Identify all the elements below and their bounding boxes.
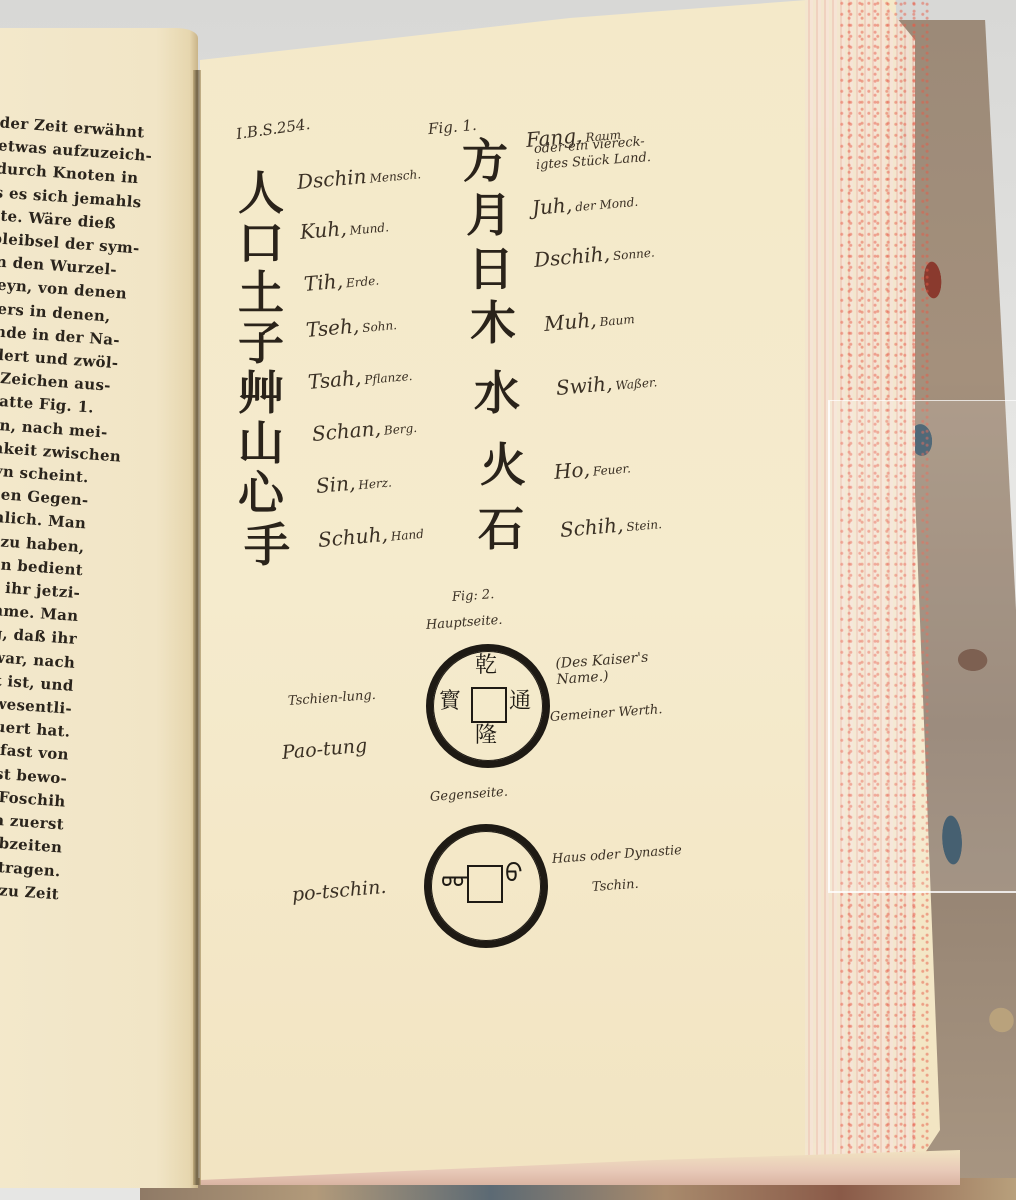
- reverse-heading: Gegenseite.: [429, 785, 508, 805]
- roman-swih: Swih,Waßer.: [555, 367, 658, 400]
- label-des-kaisers-name: (Des Kaiser's Name.): [555, 647, 687, 688]
- char-shui: 水: [474, 370, 520, 416]
- char-huo: 火: [480, 442, 526, 488]
- char-cao: 艸: [238, 370, 284, 416]
- coin-square-hole: [471, 687, 507, 723]
- engraved-plate: I.B.S.254. Fig. 1. 人 口 土 子 艸 山 心 手 Dschi…: [200, 0, 820, 1150]
- roman-schan: Schan,Berg.: [311, 413, 418, 446]
- char-shi: 石: [478, 506, 524, 552]
- roman-dschin: DschinMensch.: [296, 159, 422, 194]
- acrylic-page-holder: [828, 400, 1016, 893]
- label-po-tschin: po-tschin.: [291, 876, 387, 906]
- fig2-label: Fig: 2.: [451, 587, 494, 605]
- char-kou: 口: [238, 220, 284, 266]
- char-yue: 月: [466, 192, 512, 238]
- coin-obverse: 乾 通 隆 寳: [426, 644, 550, 768]
- roman-muh: Muh,Baum: [543, 304, 635, 336]
- coin-char-left: 寳: [439, 691, 461, 713]
- roman-kuh: Kuh,Mund.: [299, 212, 390, 244]
- coin-char-top: 乾: [475, 655, 497, 677]
- label-gemeiner-werth: Gemeiner Werth.: [549, 702, 662, 725]
- coin-reverse: ᡂ ᡋ: [424, 824, 548, 948]
- roman-schih: Schih,Stein.: [559, 509, 663, 542]
- char-xin: 心: [238, 470, 284, 516]
- char-ren: 人: [238, 170, 284, 216]
- coin-square-hole: [467, 865, 503, 903]
- label-tschin: Tschin.: [591, 877, 639, 895]
- roman-tseh: Tseh,Sohn.: [305, 310, 398, 342]
- char-mu: 木: [470, 300, 516, 346]
- plate-reference: I.B.S.254.: [235, 115, 311, 143]
- coin-char-bottom: 隆: [475, 725, 497, 747]
- roman-tih: Tih,Erde.: [303, 266, 380, 296]
- manchu-right-glyph: ᡋ: [505, 861, 523, 887]
- char-fang: 方: [462, 138, 508, 184]
- label-haus-oder-dynastie: Haus oder Dynastie: [551, 843, 682, 867]
- obverse-heading: Hauptseite.: [425, 613, 502, 633]
- char-zi: 子: [238, 320, 284, 366]
- char-shou: 手: [244, 522, 290, 568]
- char-tu: 土: [238, 270, 284, 316]
- roman-sin: Sin,Herz.: [315, 467, 393, 498]
- roman-dschih: Dschih,Sonne.: [533, 238, 655, 272]
- label-pao-tung: Pao-tung: [281, 735, 368, 764]
- roman-schuh: Schuh,Hand: [317, 519, 425, 552]
- char-shan: 山: [238, 420, 284, 466]
- roman-juh: Juh,der Mond.: [531, 187, 639, 220]
- roman-ho: Ho,Feuer.: [553, 453, 631, 484]
- coin-char-right: 通: [509, 691, 531, 713]
- manchu-left-glyph: ᡂ: [441, 867, 469, 891]
- roman-tsah: Tsah,Pflanze.: [307, 361, 413, 394]
- char-ri: 日: [468, 246, 514, 292]
- label-tschien-lung: Tschien-lung.: [287, 688, 376, 709]
